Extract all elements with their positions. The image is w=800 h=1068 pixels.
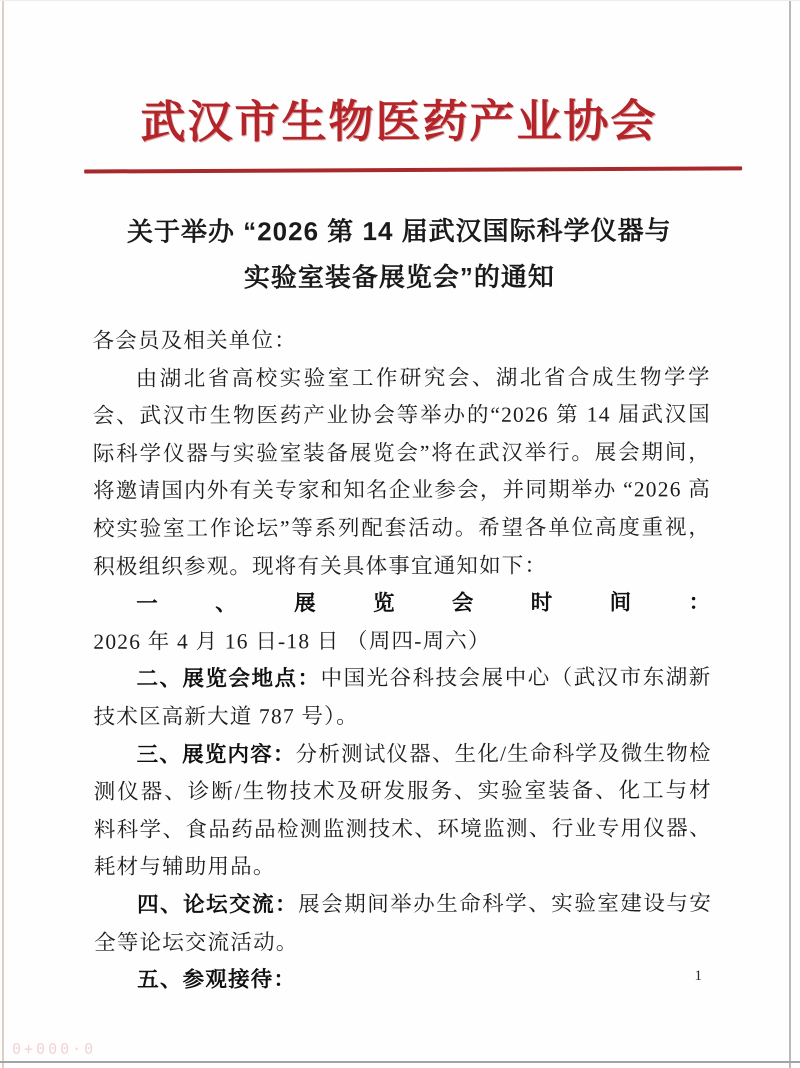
section-label: 一、展览会时间： [136, 590, 711, 616]
section-text: 2026 年 4 月 16 日-18 日 （周四-周六） [93, 629, 490, 654]
intro-paragraph: 由湖北省高校实验室工作研究会、湖北省合成生物学学会、武汉市生物医药产业协会等举办… [93, 359, 712, 586]
organization-title: 武汉市生物医药产业协会 [0, 91, 799, 153]
section-paragraph: 一、展览会时间：2026 年 4 月 16 日-18 日 （周四-周六） [93, 584, 711, 661]
document-content: 武汉市生物医药产业协会 关于举办 “2026 第 14 届武汉国际科学仪器与 实… [0, 0, 800, 1000]
header-rule-divider [84, 166, 742, 173]
scanned-document-page: 武汉市生物医药产业协会 关于举办 “2026 第 14 届武汉国际科学仪器与 实… [0, 0, 800, 1068]
notice-title-line2: 实验室装备展览会”的通知 [0, 253, 799, 301]
page-number: 1 [695, 968, 703, 985]
document-body: 各会员及相关单位： 由湖北省高校实验室工作研究会、湖北省合成生物学学会、武汉市生… [93, 321, 713, 999]
section-paragraph: 二、展览会地点：中国光谷科技会展中心（武汉市东湖新技术区高新大道 787 号）。 [93, 660, 711, 737]
scan-edge-bottom [0, 1061, 800, 1063]
section-paragraph: 五、参观接待： [94, 960, 712, 999]
section-label: 二、展览会地点： [136, 667, 320, 691]
section-label: 五、参观接待： [137, 967, 296, 991]
section-paragraph: 四、论坛交流：展会期间举办生命科学、实验室建设与安全等论坛交流活动。 [94, 885, 712, 962]
section-label: 四、论坛交流： [137, 892, 298, 916]
section-paragraph: 三、展览内容：分析测试仪器、生化/生命科学及微生物检测仪器、诊断/生物技术及研发… [94, 735, 712, 887]
notice-title: 关于举办 “2026 第 14 届武汉国际科学仪器与 实验室装备展览会”的通知 [0, 207, 799, 301]
salutation: 各会员及相关单位： [93, 321, 711, 360]
section-label: 三、展览内容： [137, 742, 296, 766]
notice-title-line1: 关于举办 “2026 第 14 届武汉国际科学仪器与 [0, 207, 799, 255]
scan-artifact-text: 0+000·0 [12, 1040, 96, 1058]
